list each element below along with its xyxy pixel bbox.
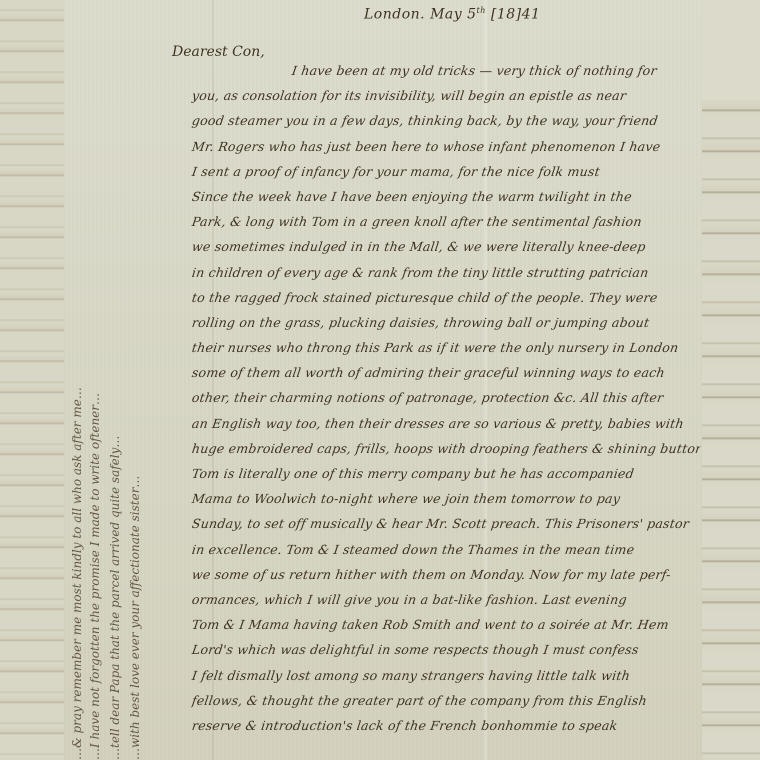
body-line: ormances, which I will give you in a bat…: [190, 587, 702, 612]
dateline-day: 5: [467, 7, 476, 23]
dateline-month: May: [430, 7, 462, 23]
letter-sheet: …& pray remember me most kindly to all w…: [64, 0, 702, 760]
body-line: you, as consolation for its invisibility…: [190, 83, 702, 108]
body-line: I sent a proof of infancy for your mama,…: [190, 159, 702, 184]
dateline-place: London.: [364, 7, 425, 23]
body-line: to the ragged frock stained picturesque …: [190, 285, 702, 310]
body-line: other, their charming notions of patrona…: [190, 385, 702, 410]
margin-line: …with best love ever your affectionate s…: [128, 0, 142, 760]
margin-line: …tell dear Papa that the parcel arrived …: [108, 0, 122, 760]
letter-body: I have been at my old tricks — very thic…: [192, 58, 700, 738]
letter-dateline: London. May 5th [18]41: [364, 6, 540, 23]
body-line: some of them all worth of admiring their…: [190, 360, 702, 385]
body-line: Park, & long with Tom in a green knoll a…: [190, 209, 702, 234]
body-line: good steamer you in a few days, thinking…: [190, 108, 702, 133]
body-line: Mr. Rogers who has just been here to who…: [190, 134, 702, 159]
body-line: rolling on the grass, plucking daisies, …: [190, 310, 702, 335]
body-line: Mama to Woolwich to-night where we join …: [190, 486, 702, 511]
body-line: reserve & introduction's lack of the Fre…: [190, 713, 702, 738]
body-line: their nurses who throng this Park as if …: [190, 335, 702, 360]
body-line: Tom is literally one of this merry compa…: [190, 461, 702, 486]
margin-line: …I have not forgotten the promise I made…: [88, 0, 102, 760]
body-line: we sometimes indulged in in the Mall, & …: [190, 234, 702, 259]
scan-edge-left: [0, 0, 64, 760]
body-line: huge embroidered caps, frills, hoops wit…: [190, 436, 702, 461]
body-line: Lord's which was delightful in some resp…: [190, 637, 702, 662]
body-line: in children of every age & rank from the…: [190, 260, 702, 285]
body-line: Sunday, to set off musically & hear Mr. …: [190, 511, 702, 536]
body-line: Tom & I Mama having taken Rob Smith and …: [190, 612, 702, 637]
scan-edge-fade: [702, 0, 760, 100]
scan-edge-right: [702, 0, 760, 760]
body-line: Since the week have I have been enjoying…: [190, 184, 702, 209]
body-line: we some of us return hither with them on…: [190, 562, 702, 587]
dateline-year: [18]41: [491, 7, 541, 23]
body-line: I felt dismally lost among so many stran…: [190, 663, 702, 688]
body-line: fellows, & thought the greater part of t…: [190, 688, 702, 713]
body-line: I have been at my old tricks — very thic…: [190, 58, 702, 83]
margin-line: …& pray remember me most kindly to all w…: [70, 0, 84, 760]
body-line: an English way too, then their dresses a…: [190, 411, 702, 436]
dateline-suffix: th: [477, 6, 486, 15]
body-line: in excellence. Tom & I steamed down the …: [190, 537, 702, 562]
